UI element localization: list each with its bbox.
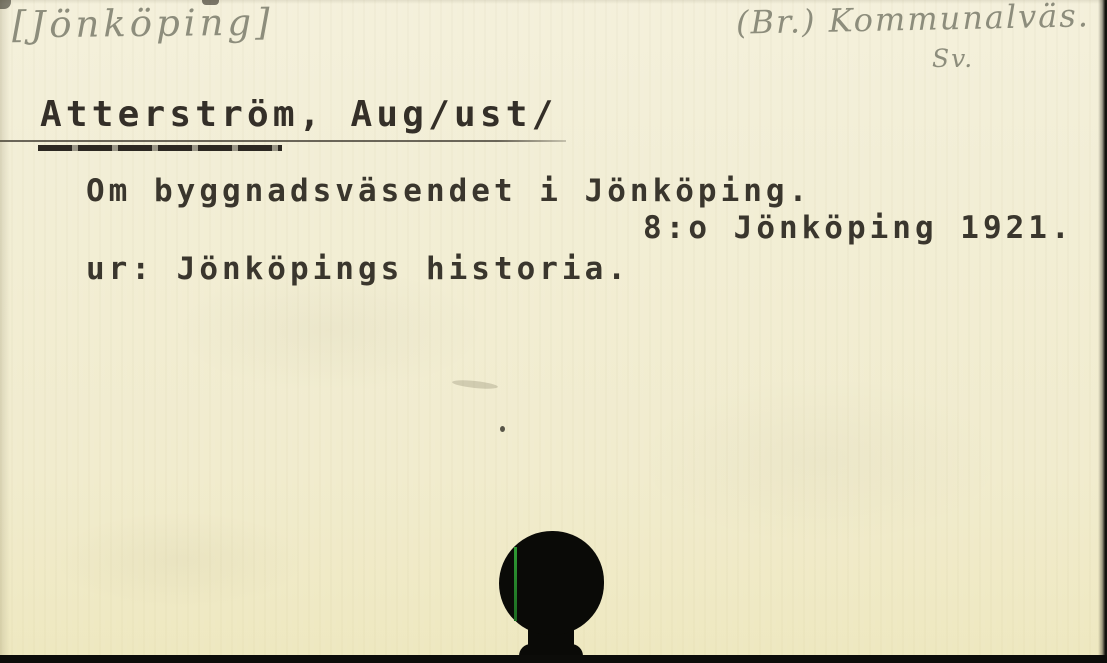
scan-bottom-edge-bar <box>0 655 1107 663</box>
card-title-line: Om byggnadsväsendet i Jönköping. <box>86 176 811 207</box>
scan-top-edge-nick <box>202 0 219 5</box>
scan-artifact-green-line <box>514 547 517 621</box>
pencil-annotation-top-right: (Br.) Kommunalväs. <box>736 0 1091 42</box>
catalog-card-scan: [Jönköping] (Br.) Kommunalväs. Sv. Atter… <box>0 0 1107 663</box>
paper-smudge <box>452 379 498 391</box>
paper-speck <box>500 426 505 432</box>
scan-right-edge-shadow <box>1098 0 1107 663</box>
card-source-line: ur: Jönköpings historia. <box>86 254 630 285</box>
heading-typed-underline <box>38 145 282 151</box>
heading-ruled-line <box>0 140 566 142</box>
card-heading-author: Atterström, Aug/ust/ <box>40 97 557 133</box>
pencil-annotation-top-left: [Jönköping] <box>12 1 274 47</box>
pencil-annotation-sv: Sv. <box>932 44 974 73</box>
scan-left-edge-shadow <box>0 0 10 663</box>
card-imprint-line: 8:o Jönköping 1921. <box>643 213 1074 244</box>
